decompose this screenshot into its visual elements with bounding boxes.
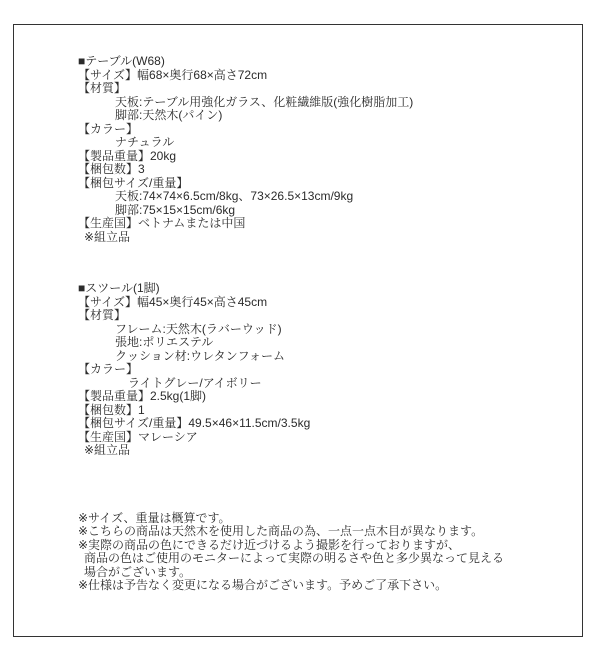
spec-line-weight: 【製品重量】20kg xyxy=(78,150,564,164)
spec-line-material-label: 【材質】 xyxy=(78,82,564,96)
table-spec-section: ■テーブル(W68) 【サイズ】幅68×奥行68×高さ72cm 【材質】 天板:… xyxy=(78,55,564,244)
spec-line-material-cushion: クッション材:ウレタンフォーム xyxy=(78,350,564,364)
spec-line-material-top: 天板:テーブル用強化ガラス、化粧繊維版(強化樹脂加工) xyxy=(78,96,564,110)
spec-line-size: 【サイズ】幅45×奥行45×高さ45cm xyxy=(78,296,564,310)
spec-line-color-value: ナチュラル xyxy=(78,136,564,150)
spec-line-assembly: ※組立品 xyxy=(78,231,564,245)
note-line: ※こちらの商品は天然木を使用した商品の為、一点一点木目が異なります。 xyxy=(78,525,564,539)
spec-line-origin: 【生産国】マレーシア xyxy=(78,431,564,445)
spec-line-color-value: ライトグレー/アイボリー xyxy=(78,377,564,391)
spec-line-material-frame: フレーム:天然木(ラバーウッド) xyxy=(78,323,564,337)
note-line: ※サイズ、重量は概算です。 xyxy=(78,512,564,526)
spec-line-material-label: 【材質】 xyxy=(78,309,564,323)
spec-line-material-legs: 脚部:天然木(パイン) xyxy=(78,109,564,123)
section-heading: ■テーブル(W68) xyxy=(78,55,564,69)
spec-sheet-content: ■テーブル(W68) 【サイズ】幅68×奥行68×高さ72cm 【材質】 天板:… xyxy=(14,25,582,593)
spec-line-package-legs: 脚部:75×15×15cm/6kg xyxy=(78,204,564,218)
spec-line-package-count: 【梱包数】3 xyxy=(78,163,564,177)
spec-line-package-size: 【梱包サイズ/重量】49.5×46×11.5cm/3.5kg xyxy=(78,417,564,431)
spec-line-origin: 【生産国】ベトナムまたは中国 xyxy=(78,217,564,231)
spec-line-weight: 【製品重量】2.5kg(1脚) xyxy=(78,390,564,404)
spec-line-assembly: ※組立品 xyxy=(78,444,564,458)
spec-line-size: 【サイズ】幅68×奥行68×高さ72cm xyxy=(78,69,564,83)
note-line-continuation: 商品の色はご使用のモニターによって実際の明るさや色と多少異なって見える xyxy=(78,552,564,566)
spec-line-color-label: 【カラー】 xyxy=(78,363,564,377)
note-line: ※仕様は予告なく変更になる場合がございます。予めご了承下さい。 xyxy=(78,579,564,593)
spec-line-package-top: 天板:74×74×6.5cm/8kg、73×26.5×13cm/9kg xyxy=(78,190,564,204)
note-line-continuation: 場合がございます。 xyxy=(78,566,564,580)
spec-line-material-fabric: 張地:ポリエステル xyxy=(78,336,564,350)
disclaimer-notes: ※サイズ、重量は概算です。 ※こちらの商品は天然木を使用した商品の為、一点一点木… xyxy=(78,512,564,593)
spec-line-package-size-label: 【梱包サイズ/重量】 xyxy=(78,177,564,191)
spec-line-package-count: 【梱包数】1 xyxy=(78,404,564,418)
spec-sheet-frame: ■テーブル(W68) 【サイズ】幅68×奥行68×高さ72cm 【材質】 天板:… xyxy=(13,24,583,637)
stool-spec-section: ■スツール(1脚) 【サイズ】幅45×奥行45×高さ45cm 【材質】 フレーム… xyxy=(78,282,564,458)
spec-line-color-label: 【カラー】 xyxy=(78,123,564,137)
section-heading: ■スツール(1脚) xyxy=(78,282,564,296)
note-line: ※実際の商品の色にできるだけ近づけるよう撮影を行っておりますが、 xyxy=(78,539,564,553)
